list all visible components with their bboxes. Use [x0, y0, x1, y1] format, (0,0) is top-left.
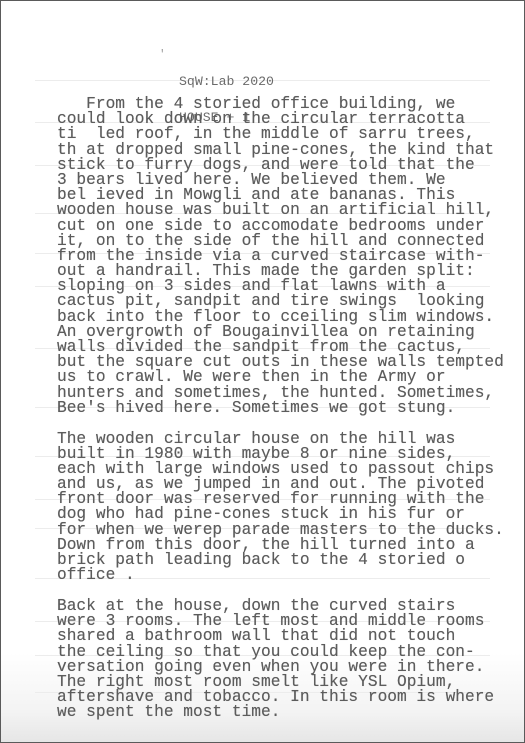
paragraph-1: From the 4 storied office building, weco… — [57, 97, 517, 416]
text-line: we spent the most time. — [57, 705, 517, 720]
document-body: From the 4 storied office building, weco… — [57, 97, 517, 721]
paragraph-3: Back at the house, down the curved stair… — [57, 599, 517, 721]
stray-mark: ' — [159, 49, 166, 61]
typewritten-page: ' SqW:Lab 2020 HOUSE + 1 From the 4 stor… — [0, 0, 525, 743]
paragraph-2: The wooden circular house on the hill wa… — [57, 432, 517, 584]
heading-lab-year: SqW:Lab 2020 — [179, 76, 274, 88]
text-line: office . — [57, 568, 517, 583]
text-line: Bee's hived here. Sometimes we got stung… — [57, 401, 517, 416]
